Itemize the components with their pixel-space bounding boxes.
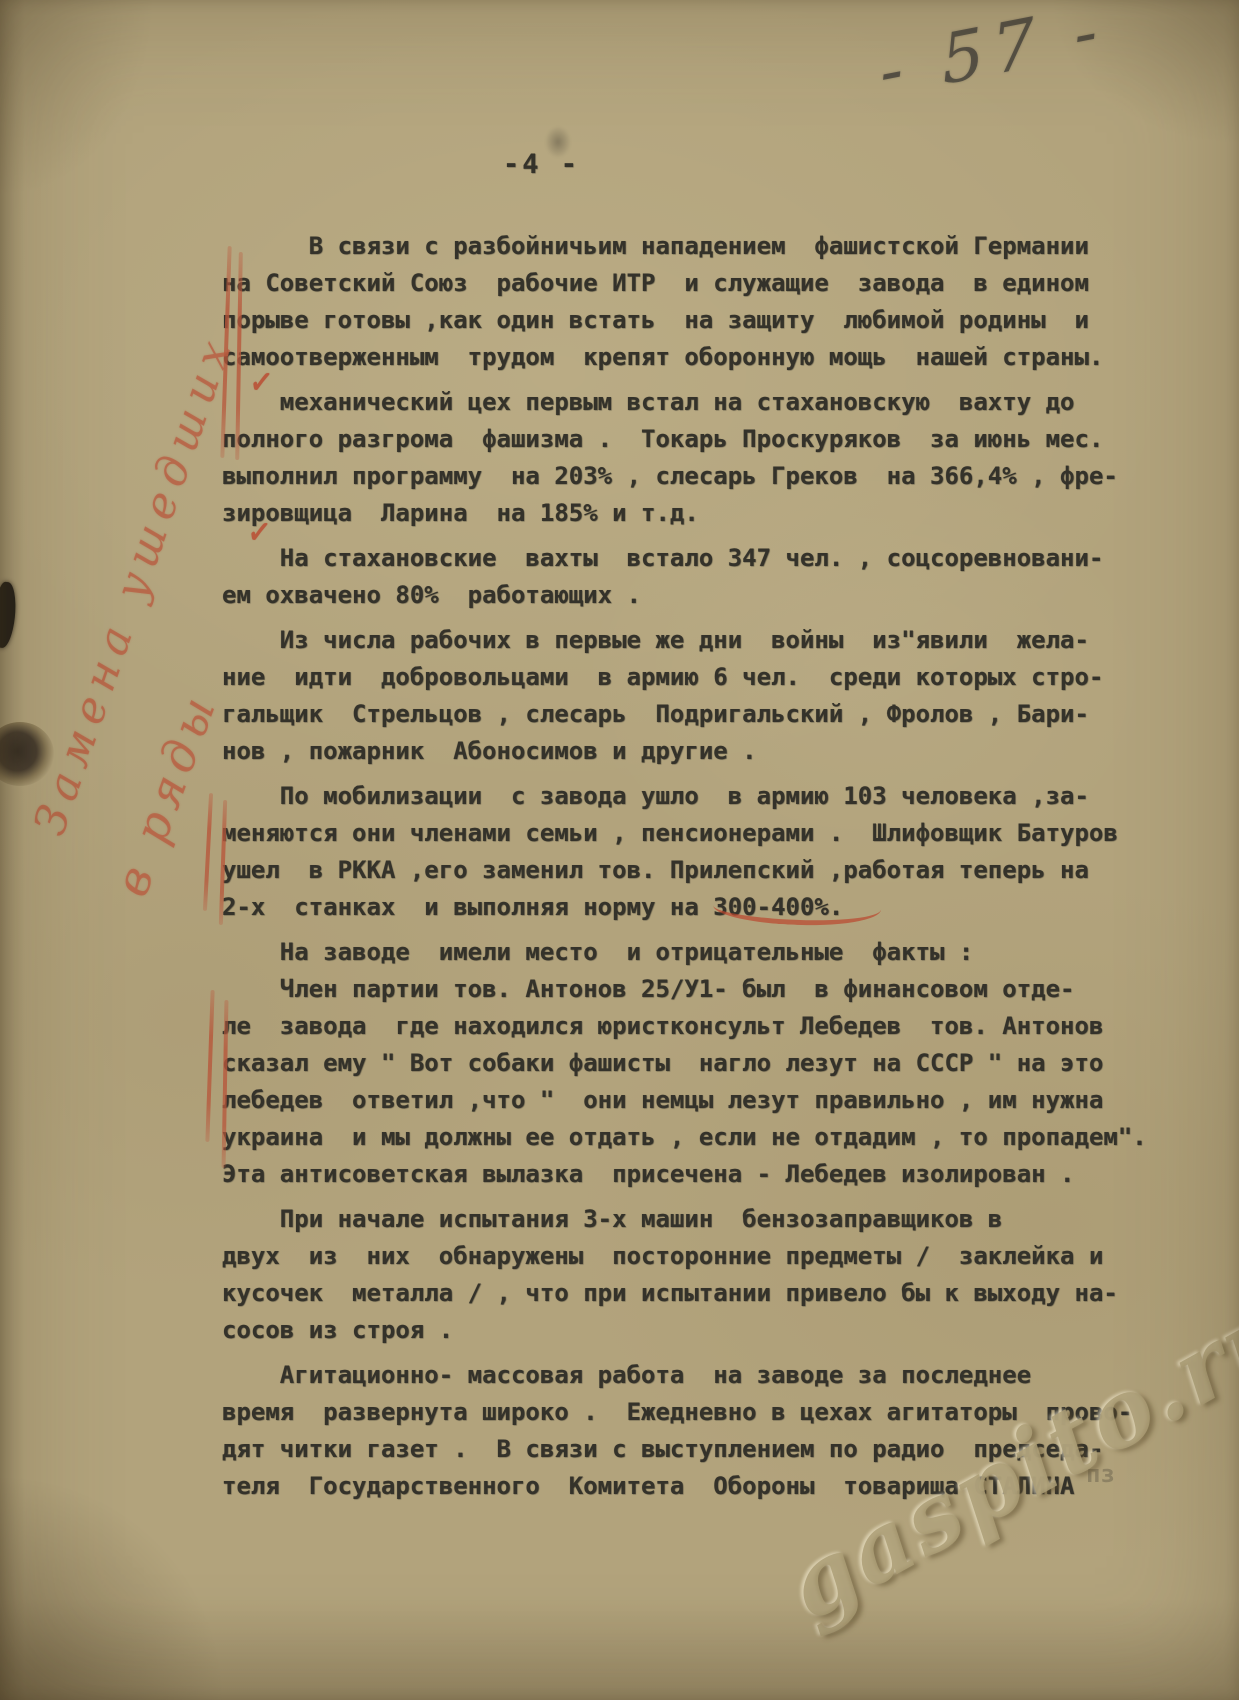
text-line: На стахановские вахты встало 347 чел. , … bbox=[222, 540, 1147, 577]
page-number-typed: -4 - bbox=[503, 146, 580, 183]
text-line: механический цех первым встал на стахано… bbox=[222, 384, 1147, 421]
page-number-handwritten: - 57 - bbox=[877, 0, 1108, 108]
paragraph: При начале испытания 3-х машин бензозапр… bbox=[222, 1201, 1147, 1349]
red-margin-mark bbox=[203, 793, 213, 911]
text-line: Агитационно- массовая работа на заводе з… bbox=[222, 1357, 1147, 1394]
text-line: 2-х станках и выполняя норму на 300-400%… bbox=[222, 889, 1147, 926]
text-line: ушел в РККА ,его заменил тов. Прилепский… bbox=[222, 852, 1147, 889]
text-line: Эта антисоветская вылазка присечена - Ле… bbox=[222, 1156, 1147, 1193]
text-line: Член партии тов. Антонов 25/У1- был в фи… bbox=[222, 971, 1147, 1008]
red-checkmark-icon: ✓ bbox=[248, 365, 274, 399]
text-line: двух из них обнаружены посторонние предм… bbox=[222, 1238, 1147, 1275]
document-page: -4 - - 57 - В связи с разбойничьим напад… bbox=[0, 0, 1239, 1700]
text-line: При начале испытания 3-х машин бензозапр… bbox=[222, 1201, 1147, 1238]
text-line: ем охвачено 80% работающих . bbox=[222, 577, 1147, 614]
document-body: В связи с разбойничьим нападением фашист… bbox=[222, 228, 1147, 1513]
text-line: В связи с разбойничьим нападением фашист… bbox=[222, 228, 1147, 265]
text-line: лебедев ответил ,что " они немцы лезут п… bbox=[222, 1082, 1147, 1119]
ink-smudge bbox=[545, 126, 571, 158]
paragraph: В связи с разбойничьим нападением фашист… bbox=[222, 228, 1147, 376]
text-line: ле завода где находился юристконсульт Ле… bbox=[222, 1008, 1147, 1045]
text-line: ние идти добровольцами в армию 6 чел. ср… bbox=[222, 659, 1147, 696]
text-line: выполнил программу на 203% , слесарь Гре… bbox=[222, 458, 1147, 495]
paragraph: Из числа рабочих в первые же дни войны и… bbox=[222, 622, 1147, 770]
text-line: меняются они членами семьи , пенсионерам… bbox=[222, 815, 1147, 852]
red-pencil-note: Замена ушедших bbox=[28, 327, 241, 840]
text-line: полного разгрома фашизма . Токарь Проску… bbox=[222, 421, 1147, 458]
paragraph: По мобилизации с завода ушло в армию 103… bbox=[222, 778, 1147, 926]
text-line: кусочек металла / , что при испытании пр… bbox=[222, 1275, 1147, 1312]
text-line: зировщица Ларина на 185% и т.д. bbox=[222, 495, 1147, 532]
red-margin-mark bbox=[205, 990, 214, 1142]
text-line: порыве готовы ,как один встать на защиту… bbox=[222, 302, 1147, 339]
text-line: на Советский Союз рабочие ИТР и служащие… bbox=[222, 265, 1147, 302]
text-line: украина и мы должны ее отдать , если не … bbox=[222, 1119, 1147, 1156]
paragraph: На стахановские вахты встало 347 чел. , … bbox=[222, 540, 1147, 614]
text-line: По мобилизации с завода ушло в армию 103… bbox=[222, 778, 1147, 815]
text-line: На заводе имели место и отрицательные фа… bbox=[222, 934, 1147, 971]
paper-edge-blot bbox=[0, 581, 18, 649]
paragraph: механический цех первым встал на стахано… bbox=[222, 384, 1147, 532]
text-line: самоотверженным трудом крепят оборонную … bbox=[222, 339, 1147, 376]
text-line: Из числа рабочих в первые же дни войны и… bbox=[222, 622, 1147, 659]
paragraph: На заводе имели место и отрицательные фа… bbox=[222, 934, 1147, 1193]
red-checkmark-icon: ✓ bbox=[246, 515, 272, 549]
text-line: сказал ему " Вот собаки фашисты нагло ле… bbox=[222, 1045, 1147, 1082]
text-line: гальщик Стрельцов , слесарь Подригальски… bbox=[222, 696, 1147, 733]
text-line: нов , пожарник Абоносимов и другие . bbox=[222, 733, 1147, 770]
text-line: сосов из строя . bbox=[222, 1312, 1147, 1349]
